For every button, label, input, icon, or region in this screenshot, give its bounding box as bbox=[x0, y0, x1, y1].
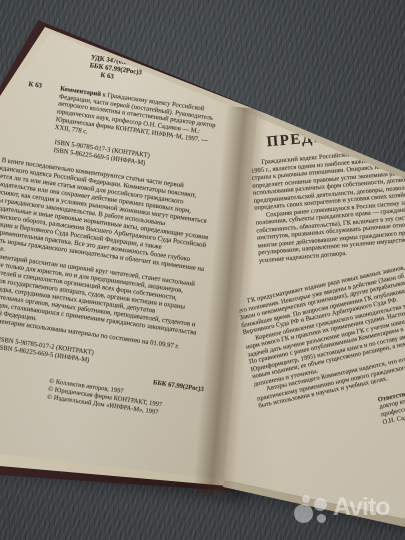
book-photo: УДК 347(0.072) ББК 67.99(2Рос)3 К 63 К 6… bbox=[0, 0, 405, 540]
annotation-block: В книге последовательно комментируются с… bbox=[0, 155, 218, 353]
avito-watermark: Avito bbox=[292, 492, 404, 534]
avito-wordmark: Avito bbox=[333, 493, 390, 522]
catalog-text: к Гражданскому кодексу Российской Федера… bbox=[54, 91, 216, 144]
avito-logo-icon bbox=[317, 514, 326, 523]
avito-logo-icon bbox=[302, 495, 310, 503]
avito-logo-icon bbox=[314, 498, 327, 511]
avito-logo-icon bbox=[294, 504, 313, 523]
preface-bottom-block: ГК предусматривает издание ряда новых ва… bbox=[236, 247, 405, 451]
